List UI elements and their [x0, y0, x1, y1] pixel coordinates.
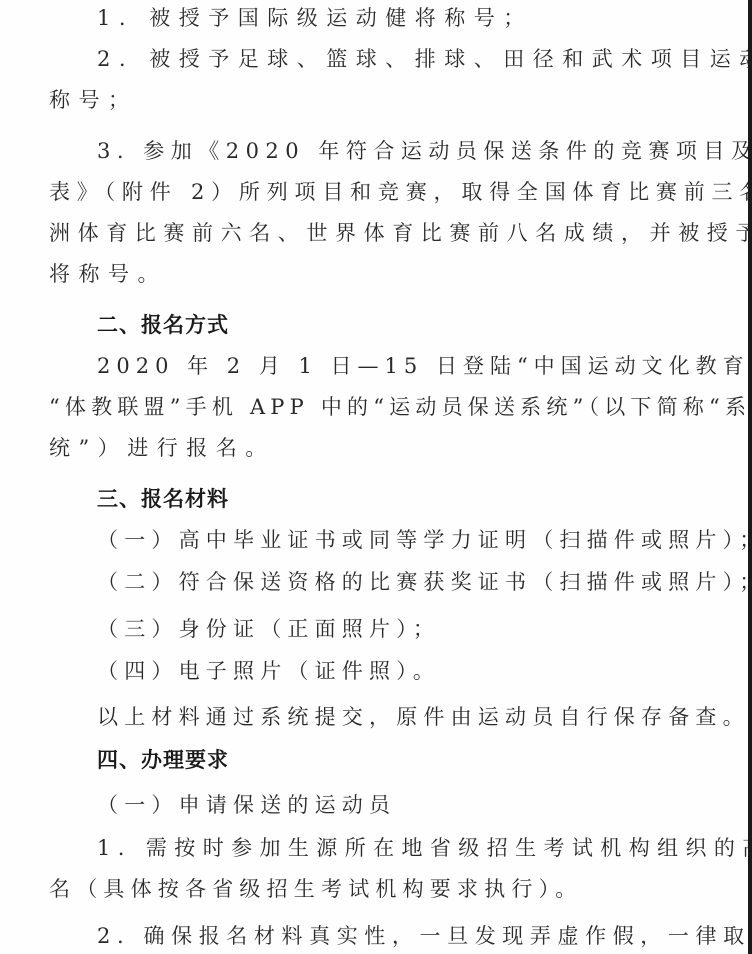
para-line: 表》（附件 2）所列项目和竞赛，取得全国体育比赛前三名、亚 [49, 172, 752, 213]
para-line: 2. 被授予足球、篮球、排球、田径和武术项目运动健将 [49, 39, 752, 80]
para-line: “体教联盟”手机 APP 中的“运动员保送系统”（以下简称“系 [49, 387, 752, 428]
para-line: 统”）进行报名。 [49, 428, 752, 469]
requirement-1: 1. 被授予国际级运动健将称号； [49, 0, 533, 39]
para-line: 将称号。 [49, 254, 752, 295]
subsection-applicant-athletes: （一）申请保送的运动员 [49, 785, 396, 826]
para-line: 2. 确保报名材料真实性，一旦发现弄虚作假，一律取消保 [49, 916, 752, 954]
document-page: 1. 被授予国际级运动健将称号； 2. 被授予足球、篮球、排球、田径和武术项目运… [0, 0, 748, 954]
page-edge-border [748, 0, 752, 954]
material-item-3: （三）身份证（正面照片）； [49, 609, 440, 650]
requirement-3: 3. 参加《2020 年符合运动员保送条件的竞赛项目及赛事 表》（附件 2）所列… [49, 131, 752, 295]
para-line: 2020 年 2 月 1 日—15 日登陆“中国运动文化教育网”或 [49, 346, 752, 387]
para-line: 名（具体按各省级招生考试机构要求执行）。 [49, 869, 752, 910]
section-heading-processing-requirements: 四、办理要求 [49, 740, 229, 781]
materials-note: 以上材料通过系统提交，原件由运动员自行保存备查。 [49, 697, 750, 738]
para-line: 1. 需按时参加生源所在地省级招生考试机构组织的高考报 [49, 828, 752, 869]
para-line: 称号； [49, 80, 752, 121]
processing-requirement-2: 2. 确保报名材料真实性，一旦发现弄虚作假，一律取消保 [49, 916, 752, 954]
para-line: 3. 参加《2020 年符合运动员保送条件的竞赛项目及赛事 [49, 131, 752, 172]
requirement-2: 2. 被授予足球、篮球、排球、田径和武术项目运动健将 称号； [49, 39, 752, 121]
registration-method-para: 2020 年 2 月 1 日—15 日登陆“中国运动文化教育网”或 “体教联盟”… [49, 346, 752, 469]
para-line: 洲体育比赛前六名、世界体育比赛前八名成绩，并被授予运动健 [49, 213, 752, 254]
material-item-4: （四）电子照片（证件照）。 [49, 651, 440, 692]
section-heading-registration-method: 二、报名方式 [49, 305, 229, 346]
section-heading-registration-materials: 三、报名材料 [49, 479, 229, 520]
processing-requirement-1: 1. 需按时参加生源所在地省级招生考试机构组织的高考报 名（具体按各省级招生考试… [49, 828, 752, 910]
para-line: 1. 被授予国际级运动健将称号； [49, 0, 533, 39]
material-item-2: （二）符合保送资格的比赛获奖证书（扫描件或照片）； [49, 562, 752, 603]
material-item-1: （一）高中毕业证书或同等学力证明（扫描件或照片）； [49, 520, 752, 561]
